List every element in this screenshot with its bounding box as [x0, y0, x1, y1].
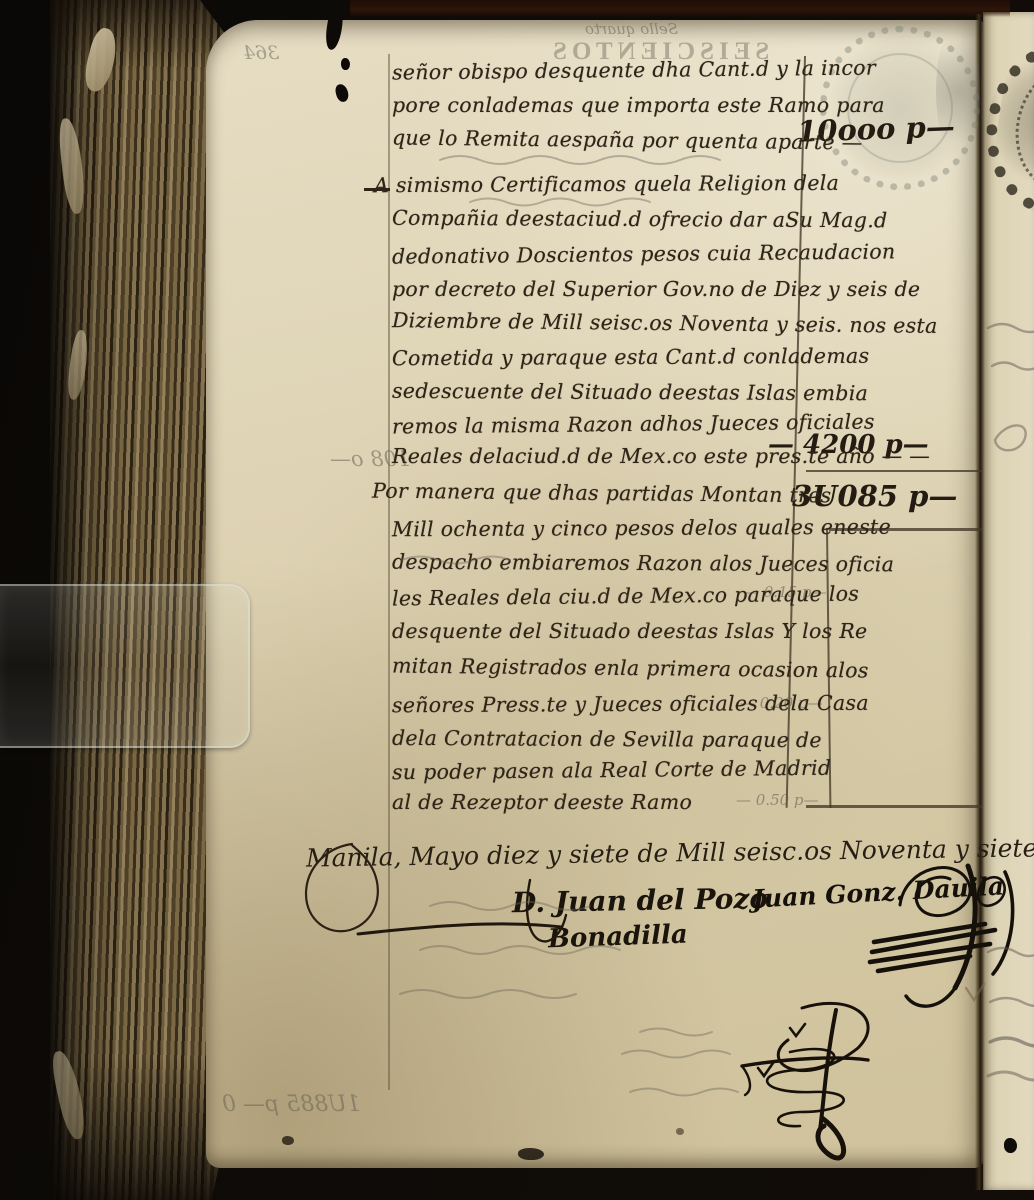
ink-blot [518, 1148, 544, 1160]
manuscript-line: despacho embiaremos Razon alos Jueces of… [392, 550, 894, 577]
manuscript-line: Mill ochenta y cinco pesos delos quales … [392, 515, 891, 542]
manuscript-line: dela Contratacion de Sevilla paraque de [392, 726, 822, 752]
dark-seal-stamp [983, 31, 1034, 226]
manuscript-line: señores Press.te y Jueces oficiales dela… [392, 691, 869, 717]
manuscript-line: por decreto del Superior Gov.no de Diez … [392, 277, 920, 301]
ink-blot [676, 1128, 684, 1135]
manuscript-line: sedescuente del Situado deestas Islas em… [392, 379, 868, 405]
manuscript-line: remos la misma Razon adhos Jueces oficia… [392, 409, 875, 438]
ghost-sello-text: Sello quarto [585, 20, 678, 38]
page-gutter [975, 14, 985, 1190]
manuscript-line: Cometida y paraque esta Cant.d conladema… [392, 344, 869, 370]
manuscript-line: Reales delaciud.d de Mex.co este pres.te… [392, 444, 930, 468]
amount-box-line-top [806, 470, 982, 472]
manuscript-line: mitan Registrados enla primera ocasion a… [392, 654, 869, 683]
manuscript-line: A simismo Certificamos quela Religion de… [374, 171, 839, 197]
manuscript-line: que lo Remita aespaña por quenta aparte … [392, 126, 863, 155]
left-margin-rule [388, 54, 390, 1090]
ghost-folio-number: 364 [243, 42, 279, 64]
manuscript-line: desquente del Situado deestas Islas Y lo… [392, 619, 867, 643]
manuscript-line: pore conlademas que importa este Ramo pa… [392, 93, 885, 117]
next-page-edge [983, 12, 1034, 1190]
ink-blot [341, 58, 350, 70]
signature-bonadilla: Bonadilla [548, 920, 689, 955]
ink-blot [282, 1136, 294, 1145]
plastic-page-holder [0, 584, 250, 748]
manuscript-line: les Reales dela ciu.d de Mex.co paraque … [392, 582, 859, 611]
manuscript-line: al de Rezeptor deeste Ramo [392, 790, 692, 814]
book-top-edge [350, 0, 1010, 17]
signature-pozo: D. Juan del Pozo [512, 882, 769, 919]
manuscript-line: Por manera que dhas partidas Montan tres [372, 479, 832, 508]
sum-box-bottom-line [806, 805, 982, 808]
ghost-bottom-total: 1U885 p— 0 [222, 1092, 361, 1117]
ink-blot [1004, 1138, 1017, 1153]
manuscript-line: señor obispo desquente dha Cant.d y la i… [392, 55, 876, 84]
dark-seal-inner-ring [1007, 63, 1034, 196]
photo-of-manuscript: Sello quarto SEISCIENTOS 364 108 o— — 0.… [0, 0, 1034, 1200]
manuscript-line: Compañia deestaciud.d ofrecio dar aSu Ma… [392, 206, 888, 233]
ghost-amount: — 0.50 p— [736, 791, 819, 809]
manuscript-line: su poder pasen ala Real Corte de Madrid [392, 756, 832, 785]
